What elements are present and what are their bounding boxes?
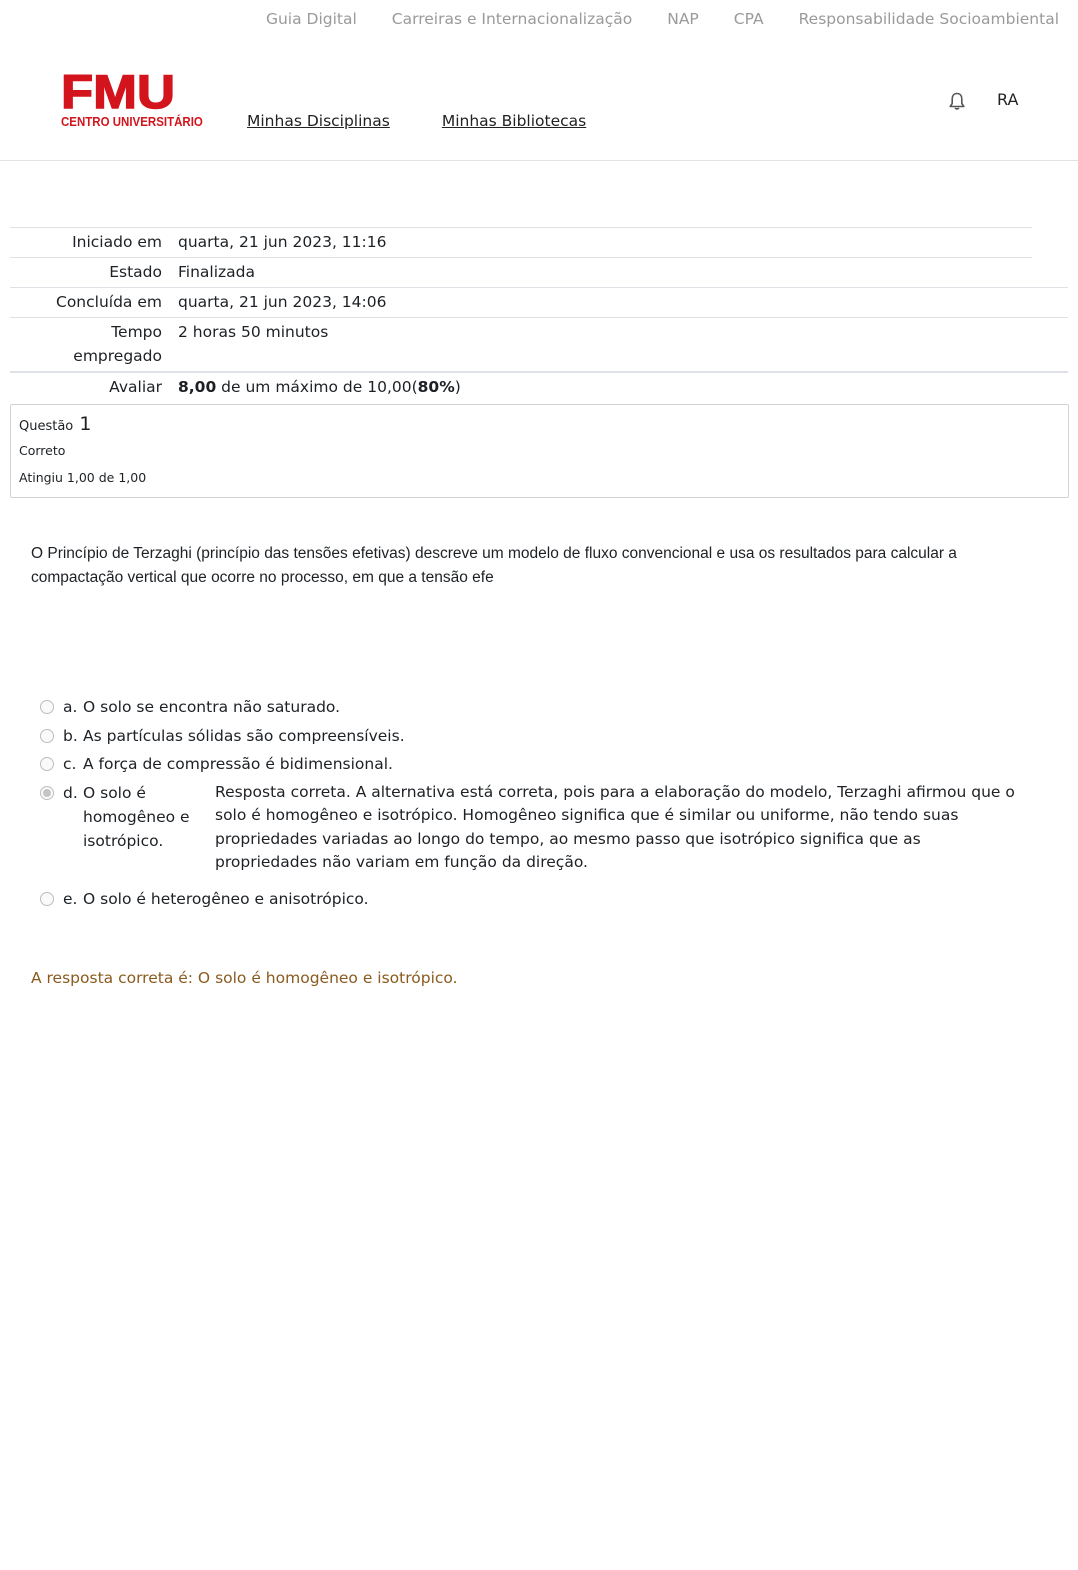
answer-text: O solo é heterogêneo e anisotrópico. xyxy=(83,887,369,911)
answer-text: O solo se encontra não saturado. xyxy=(83,695,340,719)
top-utility-nav: Guia Digital Carreiras e Internacionaliz… xyxy=(231,10,1059,28)
radio-button-selected[interactable] xyxy=(40,786,54,800)
answer-option-d[interactable]: d. O solo é homogêneo e isotrópico. Resp… xyxy=(40,781,1040,875)
grade-end: ) xyxy=(455,378,461,396)
answer-letter: c. xyxy=(54,752,83,776)
fmu-logo[interactable]: FMU CENTRO UNIVERSITÁRIO xyxy=(61,73,197,130)
question-number: 1 xyxy=(79,413,91,435)
answer-letter: a. xyxy=(54,695,83,719)
label: Concluída em xyxy=(10,288,162,317)
logo-wordmark: FMU xyxy=(61,73,213,111)
answer-letter: b. xyxy=(54,724,83,748)
answer-list: a. O solo se encontra não saturado. b. A… xyxy=(40,695,1040,915)
value: 2 horas 50 minutos xyxy=(162,318,328,371)
label: Estado xyxy=(10,258,162,287)
value: quarta, 21 jun 2023, 11:16 xyxy=(162,228,386,257)
nav-minhas-disciplinas[interactable]: Minhas Disciplinas xyxy=(247,112,390,130)
answer-text: A força de compressão é bidimensional. xyxy=(83,752,393,776)
value: quarta, 21 jun 2023, 14:06 xyxy=(162,288,386,317)
link-guia-digital[interactable]: Guia Digital xyxy=(266,10,357,28)
summary-row-time-taken: Tempo empregado 2 horas 50 minutos xyxy=(10,317,1068,371)
label-line1: Tempo xyxy=(111,323,162,341)
label: Iniciado em xyxy=(10,228,162,257)
question-info-box: Questão 1 Correto Atingiu 1,00 de 1,00 xyxy=(10,404,1069,498)
nav-minhas-bibliotecas[interactable]: Minhas Bibliotecas xyxy=(442,112,586,130)
right-answer: A resposta correta é: O solo é homogêneo… xyxy=(31,966,458,990)
bell-icon[interactable] xyxy=(947,90,967,112)
answer-option-c[interactable]: c. A força de compressão é bidimensional… xyxy=(40,752,1040,776)
summary-row-grade: Avaliar 8,00 de um máximo de 10,00(80%) xyxy=(10,371,1068,402)
question-label: Questão xyxy=(19,419,73,434)
answer-option-a[interactable]: a. O solo se encontra não saturado. xyxy=(40,695,1040,719)
percent: 80% xyxy=(418,378,455,396)
answer-letter: d. xyxy=(54,781,83,805)
link-responsabilidade[interactable]: Responsabilidade Socioambiental xyxy=(799,10,1059,28)
user-menu[interactable]: RA xyxy=(997,90,1018,109)
link-cpa[interactable]: CPA xyxy=(734,10,764,28)
question-grade: Atingiu 1,00 de 1,00 xyxy=(19,469,1060,487)
label-line2: empregado xyxy=(73,347,162,365)
answer-text: O solo é homogêneo e isotrópico. xyxy=(83,781,215,853)
question-text: O Princípio de Terzaghi (princípio das t… xyxy=(31,542,1031,590)
radio-button[interactable] xyxy=(40,700,54,714)
main-nav: Minhas Disciplinas Minhas Bibliotecas xyxy=(247,112,638,130)
score: 8,00 xyxy=(178,378,216,396)
label: Tempo empregado xyxy=(10,318,162,371)
answer-option-e[interactable]: e. O solo é heterogêneo e anisotrópico. xyxy=(40,887,1040,911)
link-carreiras[interactable]: Carreiras e Internacionalização xyxy=(392,10,632,28)
attempt-summary: Iniciado em quarta, 21 jun 2023, 11:16 E… xyxy=(10,227,1068,402)
value: 8,00 de um máximo de 10,00(80%) xyxy=(162,373,461,402)
summary-row-state: Estado Finalizada xyxy=(10,257,1032,287)
radio-button[interactable] xyxy=(40,729,54,743)
summary-row-started: Iniciado em quarta, 21 jun 2023, 11:16 xyxy=(10,227,1032,257)
summary-row-completed: Concluída em quarta, 21 jun 2023, 14:06 xyxy=(10,287,1068,317)
radio-button[interactable] xyxy=(40,892,54,906)
label: Avaliar xyxy=(10,373,162,402)
question-title: Questão 1 xyxy=(19,413,1060,438)
radio-button[interactable] xyxy=(40,757,54,771)
link-nap[interactable]: NAP xyxy=(667,10,699,28)
site-header: FMU CENTRO UNIVERSITÁRIO Minhas Discipli… xyxy=(0,50,1078,161)
value: Finalizada xyxy=(162,258,255,287)
grade-middle: de um máximo de 10,00( xyxy=(216,378,417,396)
question-state: Correto xyxy=(19,442,1060,460)
answer-option-b[interactable]: b. As partículas sólidas são compreensív… xyxy=(40,724,1040,748)
answer-text: As partículas sólidas são compreensíveis… xyxy=(83,724,405,748)
answer-letter: e. xyxy=(54,887,83,911)
answer-feedback: Resposta correta. A alternativa está cor… xyxy=(215,781,1025,875)
logo-subtitle: CENTRO UNIVERSITÁRIO xyxy=(61,114,186,130)
